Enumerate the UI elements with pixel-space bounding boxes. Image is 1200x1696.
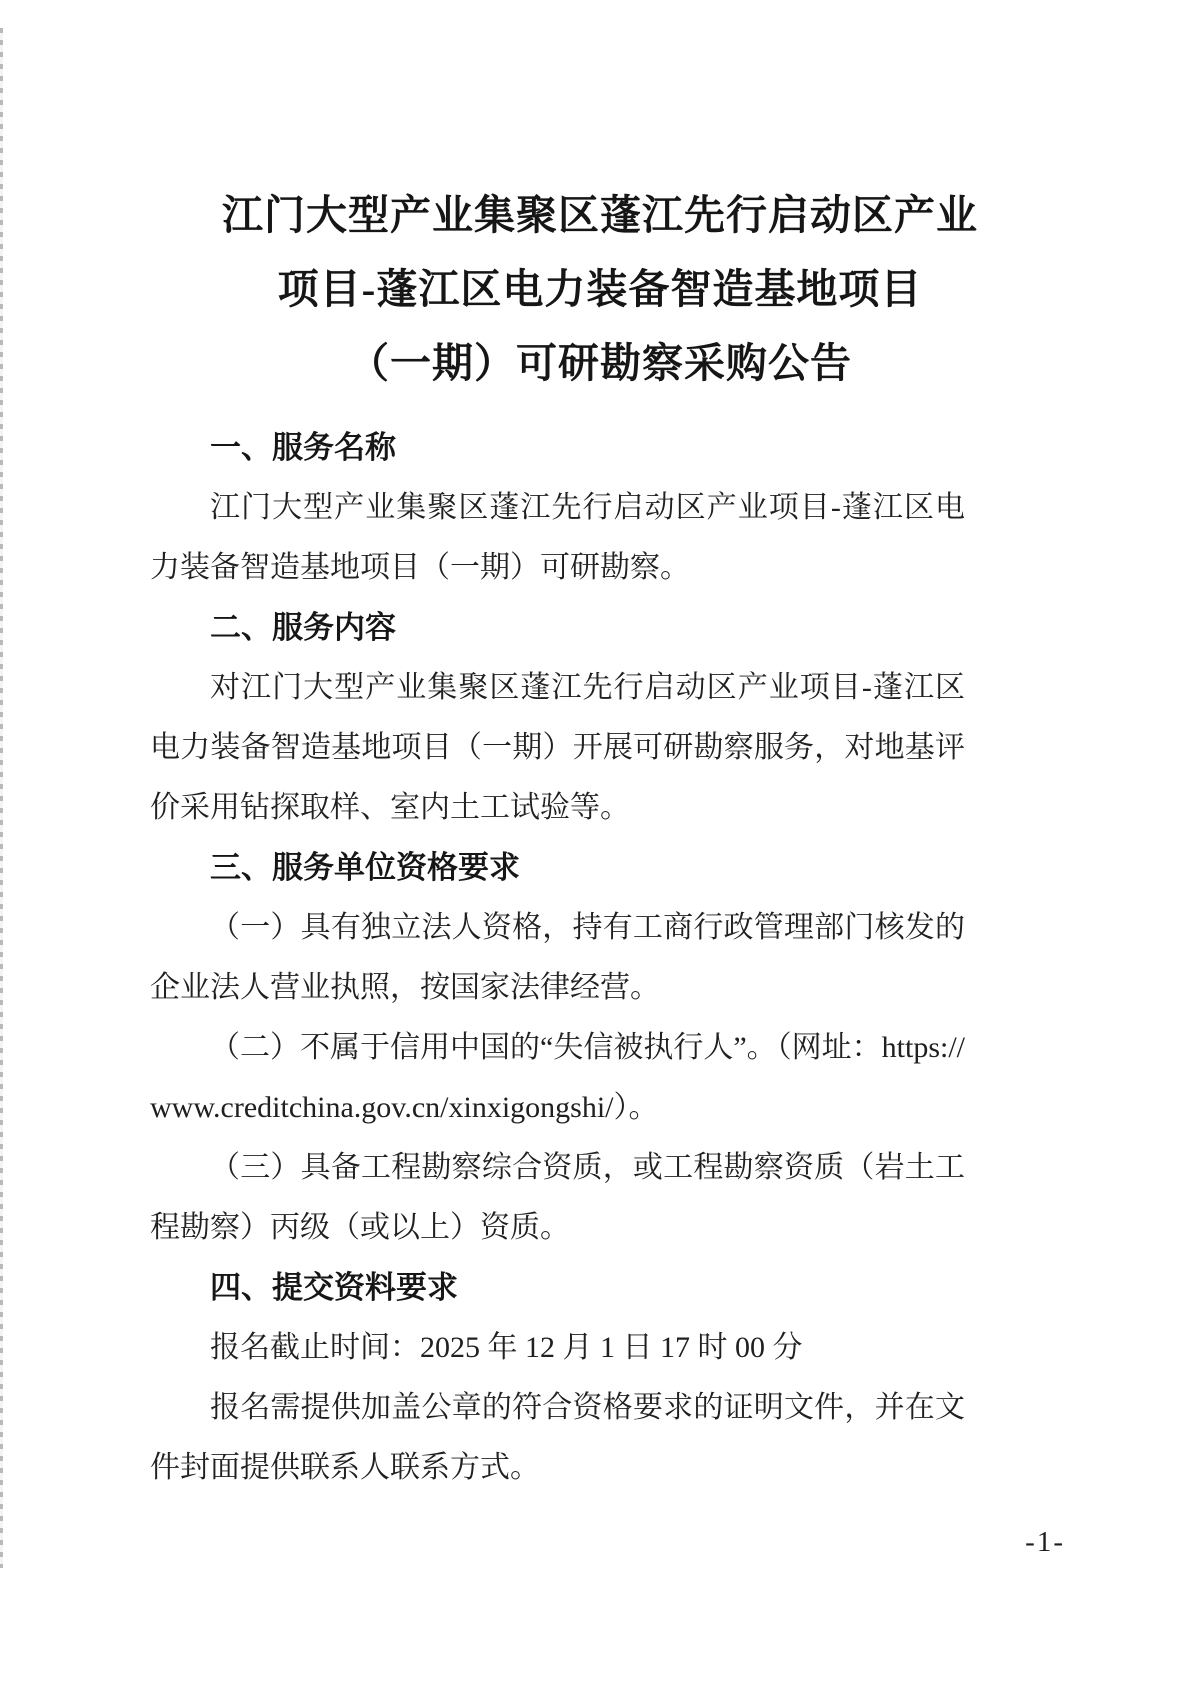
document-page: 江门大型产业集聚区蓬江先行启动区产业 项目-蓬江区电力装备智造基地项目 （一期）… xyxy=(0,0,1200,1696)
title-line-2: 项目-蓬江区电力装备智造基地项目 xyxy=(0,252,1200,326)
paragraph-submission-deadline: 报名截止时间：2025 年 12 月 1 日 17 时 00 分 xyxy=(150,1318,965,1378)
section-heading-service-name: 一、服务名称 xyxy=(150,418,965,478)
section-heading-qualification: 三、服务单位资格要求 xyxy=(150,838,965,898)
paragraph-submission-materials: 报名需提供加盖公章的符合资格要求的证明文件，并在文件封面提供联系人联系方式。 xyxy=(150,1378,965,1498)
page-number: -1- xyxy=(1025,1526,1065,1559)
title-line-3: （一期）可研勘察采购公告 xyxy=(0,326,1200,400)
paragraph-qualification-2-credit-url: （二）不属于信用中国的“失信被执行人”。（网址：https://www.cred… xyxy=(150,1018,965,1138)
paragraph-service-content: 对江门大型产业集聚区蓬江先行启动区产业项目-蓬江区电力装备智造基地项目（一期）开… xyxy=(150,658,965,838)
document-title: 江门大型产业集聚区蓬江先行启动区产业 项目-蓬江区电力装备智造基地项目 （一期）… xyxy=(0,0,1200,400)
paragraph-qualification-1: （一）具有独立法人资格，持有工商行政管理部门核发的企业法人营业执照，按国家法律经… xyxy=(150,898,965,1018)
section-heading-service-content: 二、服务内容 xyxy=(150,598,965,658)
scan-artifact-left-edge xyxy=(0,28,3,1568)
paragraph-service-name: 江门大型产业集聚区蓬江先行启动区产业项目-蓬江区电力装备智造基地项目（一期）可研… xyxy=(150,478,965,598)
document-body: 一、服务名称 江门大型产业集聚区蓬江先行启动区产业项目-蓬江区电力装备智造基地项… xyxy=(150,418,965,1498)
paragraph-qualification-3: （三）具备工程勘察综合资质，或工程勘察资质（岩土工程勘察）丙级（或以上）资质。 xyxy=(150,1138,965,1258)
section-heading-submission: 四、提交资料要求 xyxy=(150,1258,965,1318)
title-line-1: 江门大型产业集聚区蓬江先行启动区产业 xyxy=(0,178,1200,252)
